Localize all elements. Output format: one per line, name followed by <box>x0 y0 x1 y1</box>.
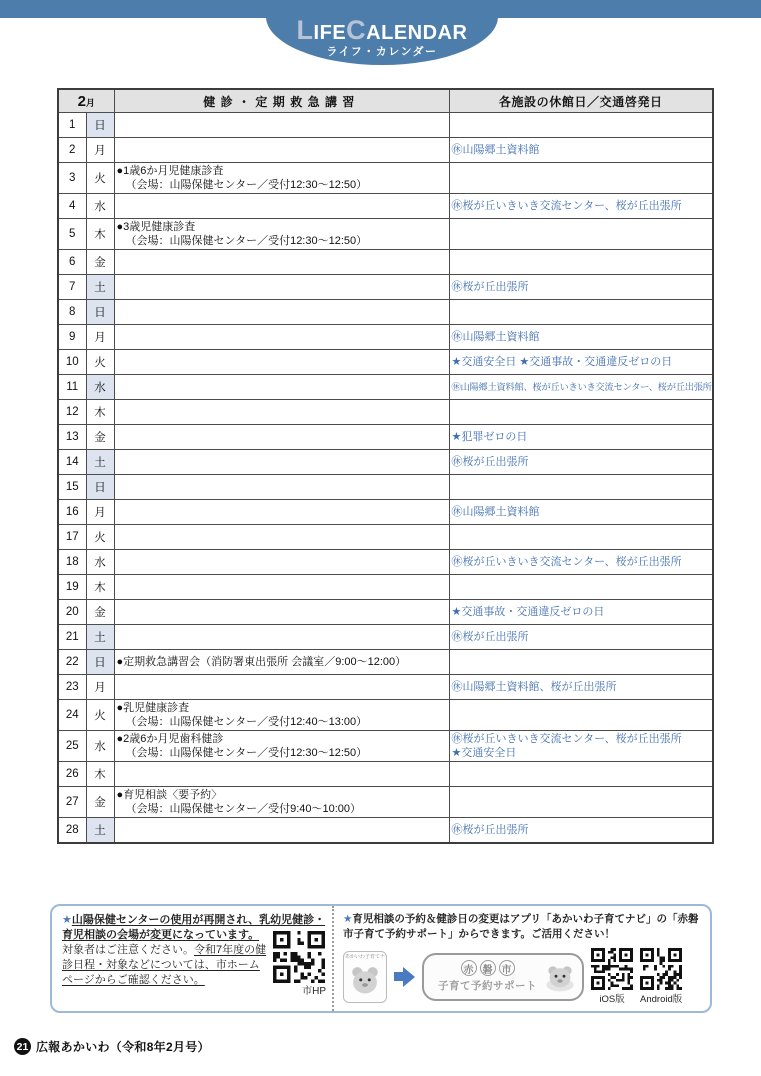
event-line: ●定期救急講習会（消防署東出張所 会議室／9:00～12:00） <box>117 655 447 669</box>
table-row: 21土㊡桜が丘出張所 <box>58 625 713 650</box>
weekday-cell: 月 <box>86 138 114 163</box>
day-number-cell: 17 <box>58 525 86 550</box>
facility-line: ★交通安全日 <box>452 746 711 760</box>
weekday-cell: 木 <box>86 575 114 600</box>
events-cell <box>114 375 449 400</box>
facilities-cell: ㊡桜が丘出張所 <box>449 818 713 843</box>
weekday-cell: 金 <box>86 600 114 625</box>
events-cell: ●1歳6か月児健康診査（会場：山陽保健センター／受付12:30～12:50） <box>114 163 449 194</box>
weekday-cell: 火 <box>86 163 114 194</box>
facility-line: ㊡山陽郷土資料館、桜が丘出張所 <box>452 680 711 694</box>
table-row: 28土㊡桜が丘出張所 <box>58 818 713 843</box>
table-row: 8日 <box>58 300 713 325</box>
table-row: 15日 <box>58 475 713 500</box>
facility-line: ㊡山陽郷土資料館 <box>452 505 711 519</box>
facility-line: ★交通事故・交通違反ゼロの日 <box>452 605 711 619</box>
table-row: 3火●1歳6か月児健康診査（会場：山陽保健センター／受付12:30～12:50） <box>58 163 713 194</box>
events-cell <box>114 675 449 700</box>
events-cell <box>114 350 449 375</box>
events-cell <box>114 450 449 475</box>
events-cell <box>114 818 449 843</box>
month-number: 2 <box>78 93 86 110</box>
weekday-cell: 火 <box>86 700 114 731</box>
day-number-cell: 28 <box>58 818 86 843</box>
table-row: 23月㊡山陽郷土資料館、桜が丘出張所 <box>58 675 713 700</box>
weekday-cell: 月 <box>86 500 114 525</box>
events-cell: ●定期救急講習会（消防署東出張所 会議室／9:00～12:00） <box>114 650 449 675</box>
logo-letter: ALENDAR <box>366 22 467 44</box>
weekday-cell: 木 <box>86 762 114 787</box>
weekday-cell: 金 <box>86 425 114 450</box>
facility-line: ㊡桜が丘出張所 <box>452 455 711 469</box>
table-row: 19木 <box>58 575 713 600</box>
facilities-cell <box>449 787 713 818</box>
events-cell <box>114 762 449 787</box>
event-line: ●2歳6か月児歯科健診 <box>117 732 447 746</box>
day-number-cell: 8 <box>58 300 86 325</box>
day-number-cell: 24 <box>58 700 86 731</box>
facilities-cell <box>449 525 713 550</box>
facility-line: ㊡桜が丘出張所 <box>452 280 711 294</box>
day-number-cell: 5 <box>58 219 86 250</box>
banner-circles: 赤 磐 市 <box>432 960 543 976</box>
weekday-cell: 土 <box>86 625 114 650</box>
events-cell <box>114 600 449 625</box>
events-cell <box>114 250 449 275</box>
weekday-cell: 土 <box>86 818 114 843</box>
day-number-cell: 13 <box>58 425 86 450</box>
facility-line: ㊡山陽郷土資料館、桜が丘いきいき交流センター、桜が丘出張所 <box>452 380 711 394</box>
event-line: ●育児相談〈要予約〉 <box>117 788 447 802</box>
qr-android-block: Android版 <box>640 948 682 1005</box>
table-row: 9月㊡山陽郷土資料館 <box>58 325 713 350</box>
weekday-cell: 水 <box>86 375 114 400</box>
weekday-cell: 火 <box>86 350 114 375</box>
note-left-pane: ★山陽保健センターの使用が再開され、乳幼児健診・育児相談の会場が変更になっていま… <box>52 906 334 1011</box>
mascot-icon <box>543 961 577 993</box>
qr-ios-block: iOS版 <box>591 948 633 1005</box>
table-row: 11水㊡山陽郷土資料館、桜が丘いきいき交流センター、桜が丘出張所 <box>58 375 713 400</box>
table-row: 10火★交通安全日 ★交通事故・交通違反ゼロの日 <box>58 350 713 375</box>
table-row: 20金★交通事故・交通違反ゼロの日 <box>58 600 713 625</box>
weekday-cell: 土 <box>86 275 114 300</box>
day-number-cell: 18 <box>58 550 86 575</box>
note-right-text: ★育児相談の予約＆健診日の変更はアプリ「あかいわ子育てナビ」の「赤磐市子育て予約… <box>343 912 702 942</box>
events-cell <box>114 325 449 350</box>
events-cell <box>114 625 449 650</box>
notes-panel: ★山陽保健センターの使用が再開され、乳幼児健診・育児相談の会場が変更になっていま… <box>50 904 712 1013</box>
day-number-cell: 25 <box>58 731 86 762</box>
event-line: ●3歳児健康診査 <box>117 220 447 234</box>
facility-line: ㊡桜が丘出張所 <box>452 630 711 644</box>
facilities-cell <box>449 475 713 500</box>
star-icon: ★ <box>343 913 352 925</box>
table-row: 24火●乳児健康診査（会場：山陽保健センター／受付12:40～13:00） <box>58 700 713 731</box>
facilities-cell <box>449 700 713 731</box>
event-line: （会場：山陽保健センター／受付9:40～10:00） <box>117 802 447 816</box>
events-header-cell: 健診・定期救急講習 <box>114 89 449 113</box>
facilities-cell <box>449 300 713 325</box>
table-row: 5木●3歳児健康診査（会場：山陽保健センター／受付12:30～12:50） <box>58 219 713 250</box>
table-row: 6金 <box>58 250 713 275</box>
day-number-cell: 9 <box>58 325 86 350</box>
weekday-cell: 月 <box>86 675 114 700</box>
day-number-cell: 10 <box>58 350 86 375</box>
facilities-cell: ㊡桜が丘いきいき交流センター、桜が丘出張所 <box>449 550 713 575</box>
day-number-cell: 22 <box>58 650 86 675</box>
facilities-cell: ㊡山陽郷土資料館 <box>449 138 713 163</box>
facilities-cell <box>449 575 713 600</box>
facilities-cell: ㊡桜が丘出張所 <box>449 450 713 475</box>
table-row: 27金●育児相談〈要予約〉（会場：山陽保健センター／受付9:40～10:00） <box>58 787 713 818</box>
day-number-cell: 23 <box>58 675 86 700</box>
month-header-cell: 2月 <box>58 89 114 113</box>
event-line: （会場：山陽保健センター／受付12:40～13:00） <box>117 715 447 729</box>
table-row: 13金★犯罪ゼロの日 <box>58 425 713 450</box>
table-row: 26木 <box>58 762 713 787</box>
facility-line: ㊡桜が丘いきいき交流センター、桜が丘出張所 <box>452 732 711 746</box>
qr-code-city-hp <box>273 931 325 983</box>
facility-line: ㊡桜が丘いきいき交流センター、桜が丘出張所 <box>452 555 711 569</box>
logo-letter: IFE <box>314 22 347 44</box>
banner-circle: 磐 <box>480 960 496 976</box>
facilities-cell <box>449 163 713 194</box>
weekday-cell: 日 <box>86 475 114 500</box>
facilities-cell <box>449 219 713 250</box>
events-cell: ●乳児健康診査（会場：山陽保健センター／受付12:40～13:00） <box>114 700 449 731</box>
facility-line: ㊡山陽郷土資料館 <box>452 143 711 157</box>
weekday-cell: 日 <box>86 113 114 138</box>
event-line: （会場：山陽保健センター／受付12:30～12:50） <box>117 234 447 248</box>
banner-circle: 赤 <box>461 960 477 976</box>
day-number-cell: 4 <box>58 194 86 219</box>
logo-letter: L <box>297 15 314 45</box>
qr-code-android <box>640 948 682 990</box>
day-number-cell: 2 <box>58 138 86 163</box>
app-promo-row: あかいわ子育てナビ 赤 磐 市 <box>343 948 702 1005</box>
events-cell <box>114 475 449 500</box>
facilities-cell: ㊡桜が丘出張所 <box>449 275 713 300</box>
banner-text-block: 赤 磐 市 子育て予約サポート <box>432 960 543 993</box>
banner-circle: 市 <box>499 960 515 976</box>
events-cell: ●3歳児健康診査（会場：山陽保健センター／受付12:30～12:50） <box>114 219 449 250</box>
day-number-cell: 16 <box>58 500 86 525</box>
table-row: 25水●2歳6か月児歯科健診（会場：山陽保健センター／受付12:30～12:50… <box>58 731 713 762</box>
facilities-cell <box>449 762 713 787</box>
weekday-cell: 金 <box>86 787 114 818</box>
facilities-cell: ㊡山陽郷土資料館、桜が丘出張所 <box>449 675 713 700</box>
logo-letter: C <box>346 15 366 45</box>
mascot-icon <box>348 960 382 998</box>
newsletter-page: LIFECALENDAR ライフ・カレンダー 2月 健診・定期救急講習 各施設の… <box>0 0 761 1076</box>
events-cell <box>114 425 449 450</box>
day-number-cell: 3 <box>58 163 86 194</box>
qr-label-android: Android版 <box>640 991 682 1005</box>
events-cell <box>114 500 449 525</box>
events-cell <box>114 194 449 219</box>
day-number-cell: 1 <box>58 113 86 138</box>
qr-code-ios <box>591 948 633 990</box>
facility-line: ㊡桜が丘出張所 <box>452 823 711 837</box>
weekday-cell: 日 <box>86 650 114 675</box>
facilities-cell: ㊡山陽郷土資料館 <box>449 325 713 350</box>
event-line: （会場：山陽保健センター／受付12:30～12:50） <box>117 746 447 760</box>
day-number-cell: 7 <box>58 275 86 300</box>
table-row: 16月㊡山陽郷土資料館 <box>58 500 713 525</box>
table-row: 12木 <box>58 400 713 425</box>
facilities-cell: ㊡桜が丘いきいき交流センター、桜が丘出張所 <box>449 194 713 219</box>
event-line: （会場：山陽保健センター／受付12:30～12:50） <box>117 178 447 192</box>
table-row: 18水㊡桜が丘いきいき交流センター、桜が丘出張所 <box>58 550 713 575</box>
day-number-cell: 12 <box>58 400 86 425</box>
events-cell <box>114 138 449 163</box>
facilities-header-cell: 各施設の休館日／交通啓発日 <box>449 89 713 113</box>
table-row: 4水㊡桜が丘いきいき交流センター、桜が丘出張所 <box>58 194 713 219</box>
page-number-badge: 21 <box>14 1038 31 1055</box>
day-number-cell: 14 <box>58 450 86 475</box>
facilities-cell <box>449 650 713 675</box>
events-cell <box>114 550 449 575</box>
calendar-body: 1日2月㊡山陽郷土資料館3火●1歳6か月児健康診査（会場：山陽保健センター／受付… <box>58 113 713 843</box>
app-icon-card: あかいわ子育てナビ <box>343 951 387 1003</box>
weekday-cell: 木 <box>86 400 114 425</box>
note-left-text: ★山陽保健センターの使用が再開され、乳幼児健診・育児相談の会場が変更になっていま… <box>62 913 326 988</box>
events-cell: ●2歳6か月児歯科健診（会場：山陽保健センター／受付12:30～12:50） <box>114 731 449 762</box>
qr-label-city-hp: 市HP <box>271 984 326 999</box>
facilities-cell: ★交通事故・交通違反ゼロの日 <box>449 600 713 625</box>
event-line: ●1歳6か月児健康診査 <box>117 164 447 178</box>
facilities-cell: ㊡山陽郷土資料館、桜が丘いきいき交流センター、桜が丘出張所 <box>449 375 713 400</box>
events-cell <box>114 113 449 138</box>
weekday-cell: 日 <box>86 300 114 325</box>
table-row: 2月㊡山陽郷土資料館 <box>58 138 713 163</box>
facilities-cell: ★犯罪ゼロの日 <box>449 425 713 450</box>
day-number-cell: 15 <box>58 475 86 500</box>
event-line: ●乳児健康診査 <box>117 701 447 715</box>
day-number-cell: 20 <box>58 600 86 625</box>
day-number-cell: 21 <box>58 625 86 650</box>
day-number-cell: 19 <box>58 575 86 600</box>
weekday-cell: 火 <box>86 525 114 550</box>
note-right-pane: ★育児相談の予約＆健診日の変更はアプリ「あかいわ子育てナビ」の「赤磐市子育て予約… <box>334 906 710 1011</box>
facility-line: ㊡桜が丘いきいき交流センター、桜が丘出張所 <box>452 199 711 213</box>
facility-line: ㊡山陽郷土資料館 <box>452 330 711 344</box>
arrow-icon <box>394 967 415 987</box>
day-number-cell: 11 <box>58 375 86 400</box>
star-icon: ★ <box>62 914 72 926</box>
month-suffix: 月 <box>86 98 95 108</box>
events-cell <box>114 400 449 425</box>
weekday-cell: 水 <box>86 194 114 219</box>
events-cell: ●育児相談〈要予約〉（会場：山陽保健センター／受付9:40～10:00） <box>114 787 449 818</box>
events-cell <box>114 525 449 550</box>
table-row: 14土㊡桜が丘出張所 <box>58 450 713 475</box>
app-banner: 赤 磐 市 子育て予約サポート <box>422 953 584 1001</box>
weekday-cell: 水 <box>86 550 114 575</box>
facilities-cell <box>449 113 713 138</box>
facilities-cell: ㊡桜が丘いきいき交流センター、桜が丘出張所★交通安全日 <box>449 731 713 762</box>
weekday-cell: 金 <box>86 250 114 275</box>
events-cell <box>114 300 449 325</box>
qr-city-hp-block: 市HP <box>271 931 326 999</box>
calendar-table: 2月 健診・定期救急講習 各施設の休館日／交通啓発日 1日2月㊡山陽郷土資料館3… <box>57 88 714 844</box>
weekday-cell: 土 <box>86 450 114 475</box>
facilities-cell <box>449 250 713 275</box>
table-row: 22日●定期救急講習会（消防署東出張所 会議室／9:00～12:00） <box>58 650 713 675</box>
facilities-cell <box>449 400 713 425</box>
facility-line: ★犯罪ゼロの日 <box>452 430 711 444</box>
facility-line: ★交通安全日 ★交通事故・交通違反ゼロの日 <box>452 355 711 369</box>
banner-title: 子育て予約サポート <box>432 978 543 993</box>
weekday-cell: 木 <box>86 219 114 250</box>
note-left-plain-text: 対象者はご注意ください。 <box>62 944 194 956</box>
weekday-cell: 月 <box>86 325 114 350</box>
events-cell <box>114 575 449 600</box>
facilities-cell: ㊡桜が丘出張所 <box>449 625 713 650</box>
day-number-cell: 6 <box>58 250 86 275</box>
qr-label-ios: iOS版 <box>591 991 633 1005</box>
logo: LIFECALENDAR ライフ・カレンダー <box>246 17 518 58</box>
logo-title: LIFECALENDAR <box>246 17 518 44</box>
page-footer: 21 広報あかいわ（令和8年2月号） <box>14 1038 210 1055</box>
facilities-cell: ㊡山陽郷土資料館 <box>449 500 713 525</box>
table-row: 7土㊡桜が丘出張所 <box>58 275 713 300</box>
day-number-cell: 27 <box>58 787 86 818</box>
weekday-cell: 水 <box>86 731 114 762</box>
day-number-cell: 26 <box>58 762 86 787</box>
events-cell <box>114 275 449 300</box>
table-row: 1日 <box>58 113 713 138</box>
logo-subtitle: ライフ・カレンダー <box>246 47 518 58</box>
calendar-header-row: 2月 健診・定期救急講習 各施設の休館日／交通啓発日 <box>58 89 713 113</box>
table-row: 17火 <box>58 525 713 550</box>
facilities-cell: ★交通安全日 ★交通事故・交通違反ゼロの日 <box>449 350 713 375</box>
note-right-main-text: 育児相談の予約＆健診日の変更はアプリ「あかいわ子育てナビ」の「赤磐市子育て予約サ… <box>343 913 699 940</box>
footer-title: 広報あかいわ（令和8年2月号） <box>36 1038 210 1055</box>
